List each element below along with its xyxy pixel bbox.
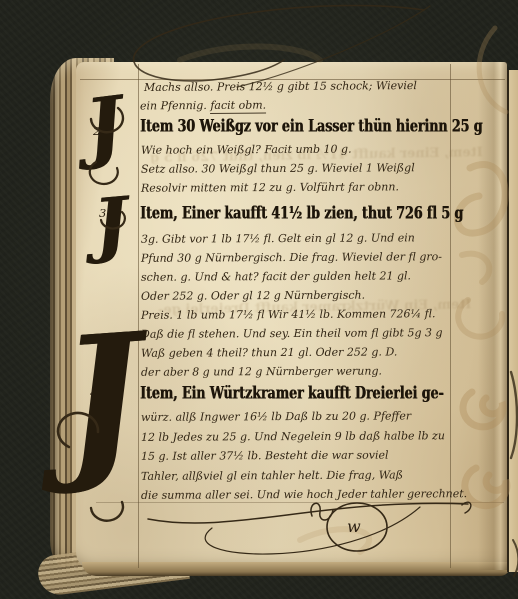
page-bottom-edge [82,562,510,576]
manuscript-line: Setz allso. 30 Weißgl thun 25 g. Wieviel… [141,158,415,178]
manuscript-line: Daß die fl stehen. Und sey. Ein theil vo… [141,323,443,344]
manuscript-line: 3g. Gibt vor 1 lb 17½ fl. Gelt ein gl 12… [141,228,443,249]
manuscript-line: der aber 8 g und 12 g Nürnberger werung. [141,361,443,382]
manuscript-line: Preis. 1 lb umb 17½ fl Wir 41½ lb. Komme… [141,304,443,325]
manuscript-line: 12 lb Jedes zu 25 g. Und Negelein 9 lb d… [141,426,467,447]
manuscript-line: Machs allso. Preis 12½ g gibt 15 schock;… [144,79,417,94]
manuscript-line: Waß geben 4 theil? thun 21 gl. Oder 252 … [141,342,443,363]
manuscript-line: Wie hoch ein Weißgl? Facit umb 10 g. [141,139,415,159]
section-body: würz. allß Ingwer 16½ lb Daß lb zu 20 g.… [141,407,467,505]
section-body: Wie hoch ein Weißgl? Facit umb 10 g. Set… [141,140,415,197]
section-body: 3g. Gibt vor 1 lb 17½ fl. Gelt ein gl 12… [141,229,443,381]
ornate-initial: J [57,327,146,467]
manuscript-line: Oder 252 g. Oder gl 12 g Nürnbergisch. [141,285,443,306]
ornate-initial: J [92,195,130,254]
manuscript-line: ein Pfennig. facit obm. [140,99,266,113]
page-crease [478,62,507,570]
manuscript-line: würz. allß Ingwer 16½ lb Daß lb zu 20 g.… [141,406,467,427]
manuscript-line: Tahler, allßviel gl ein tahler helt. Die… [141,465,467,486]
section-heading: Item, Ein Würtzkramer kaufft Dreierlei g… [140,384,444,404]
manuscript-line: schen. g. Und & hat? facit der gulden he… [141,266,443,287]
underlined-phrase: facit obm. [210,99,266,114]
next-page-sliver [507,70,518,572]
manuscript-line: 15 g. Ist aller 37½ lb. Besteht die war … [141,445,467,466]
flourish-letter: w [347,517,361,536]
section-heading: Item 30 Weißgz vor ein Lasser thün hieri… [140,117,482,137]
manuscript-photo: Item, Einer kaufft 41½ lb zien, thut 726… [0,0,518,599]
section-heading: Item, Einer kaufft 41½ lb zien, thut 726… [140,204,463,224]
ornate-initial: J [82,94,125,159]
manuscript-line: Resolvir mitten mit 12 zu g. Volführt fa… [141,177,415,197]
manuscript-line-text: ein Pfennig. [140,99,210,112]
manuscript-line: die summa aller sei. Und wie hoch Jeder … [141,484,467,505]
manuscript-line: Pfund 30 g Nürnbergisch. Die frag. Wievi… [141,247,443,268]
